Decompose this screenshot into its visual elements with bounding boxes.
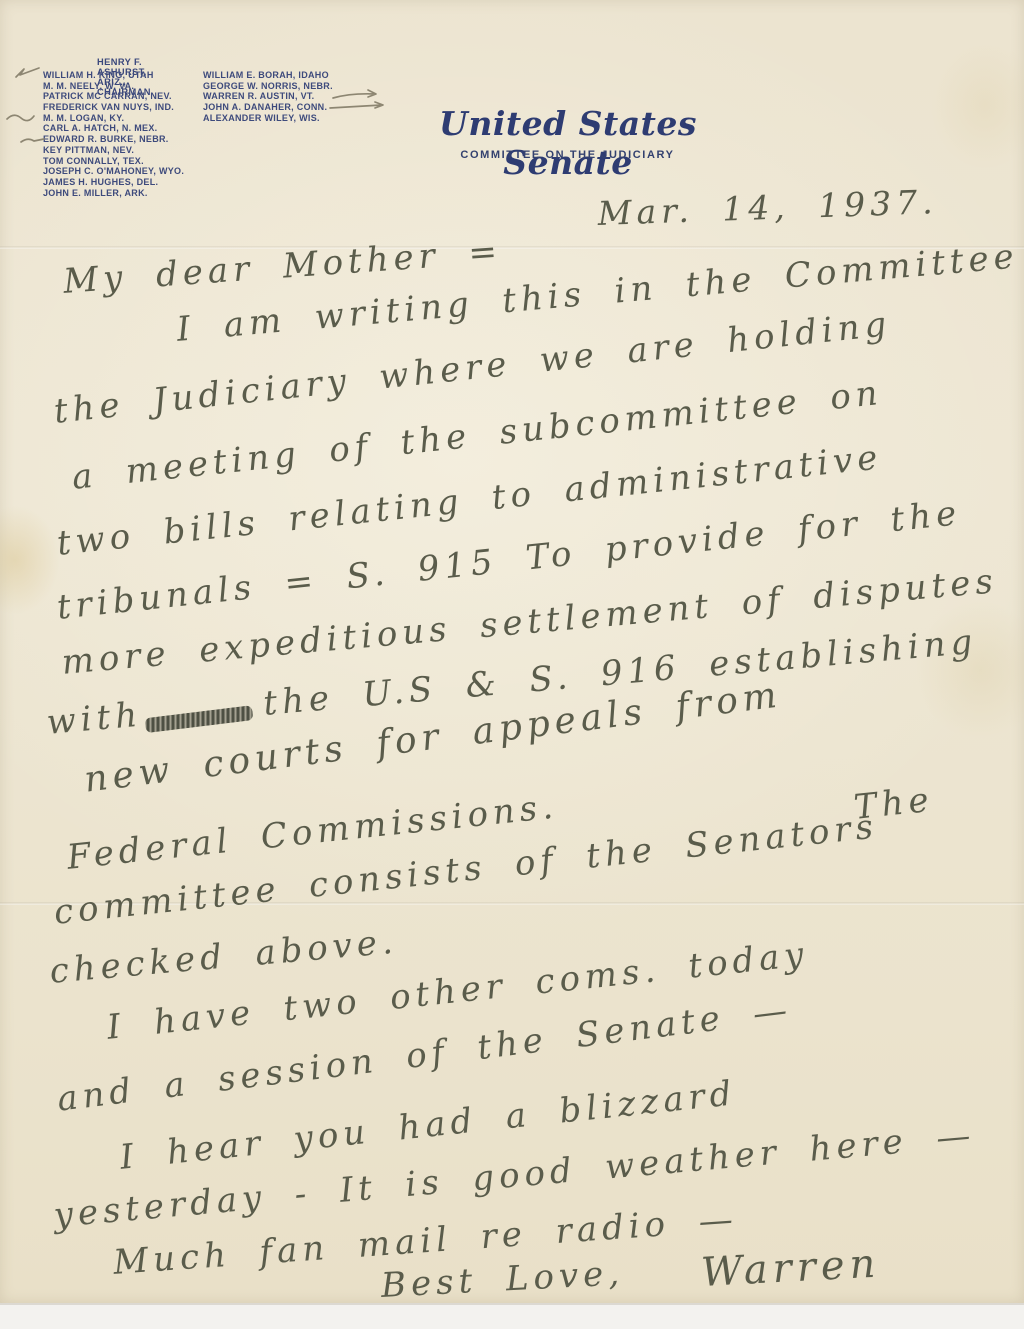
member-name: JOHN E. MILLER, ARK.	[43, 188, 184, 199]
member-name: WARREN R. AUSTIN, VT.	[203, 91, 333, 102]
member-name: EDWARD R. BURKE, NEBR.	[43, 134, 184, 145]
scanner-background	[0, 1303, 1024, 1329]
paper-stain	[930, 40, 1024, 170]
member-name: CARL A. HATCH, N. MEX.	[43, 123, 184, 134]
members-left-column: WILLIAM H. KING, UTAH M. M. NEELY, W. VA…	[43, 70, 184, 198]
pencil-check-austin-icon	[328, 100, 390, 112]
members-right-column: WILLIAM E. BORAH, IDAHO GEORGE W. NORRIS…	[203, 70, 333, 123]
signature: Warren	[700, 1241, 881, 1296]
member-name: WILLIAM E. BORAH, IDAHO	[203, 70, 333, 81]
member-name: GEORGE W. NORRIS, NEBR.	[203, 81, 333, 92]
handwritten-date: Mar. 14, 1937.	[597, 182, 938, 233]
scanned-letter-page: HENRY F. ASHURST, ARIZ., CHAIRMAN WILLIA…	[0, 0, 1024, 1329]
pencil-check-logan-icon	[5, 110, 37, 124]
member-name: KEY PITTMAN, NEV.	[43, 145, 184, 156]
member-name: FREDERICK VAN NUYS, IND.	[43, 102, 184, 113]
member-name: ALEXANDER WILEY, WIS.	[203, 113, 333, 124]
member-name: M. M. LOGAN, KY.	[43, 113, 184, 124]
member-name: JOHN A. DANAHER, CONN.	[203, 102, 333, 113]
pencil-check-king-icon	[14, 66, 44, 80]
line-text: with	[45, 695, 144, 743]
member-name: JOSEPH C. O'MAHONEY, WYO.	[43, 166, 184, 177]
senate-title: United States Senate	[398, 104, 738, 182]
member-name: PATRICK MC CARRAN, NEV.	[43, 91, 184, 102]
letter-paper: HENRY F. ASHURST, ARIZ., CHAIRMAN WILLIA…	[0, 0, 1024, 1303]
member-name: WILLIAM H. KING, UTAH	[43, 70, 184, 81]
handwritten-line: checked above.	[48, 922, 399, 992]
paper-stain	[0, 505, 60, 615]
member-name: JAMES H. HUGHES, DEL.	[43, 177, 184, 188]
member-name: M. M. NEELY, W. VA.	[43, 81, 184, 92]
member-name: TOM CONNALLY, TEX.	[43, 156, 184, 167]
crossed-out-word	[144, 705, 253, 733]
committee-subtitle: COMMITTEE ON THE JUDICIARY	[415, 149, 720, 161]
paper-stain	[915, 600, 1024, 740]
pencil-check-burke-icon	[19, 134, 47, 146]
